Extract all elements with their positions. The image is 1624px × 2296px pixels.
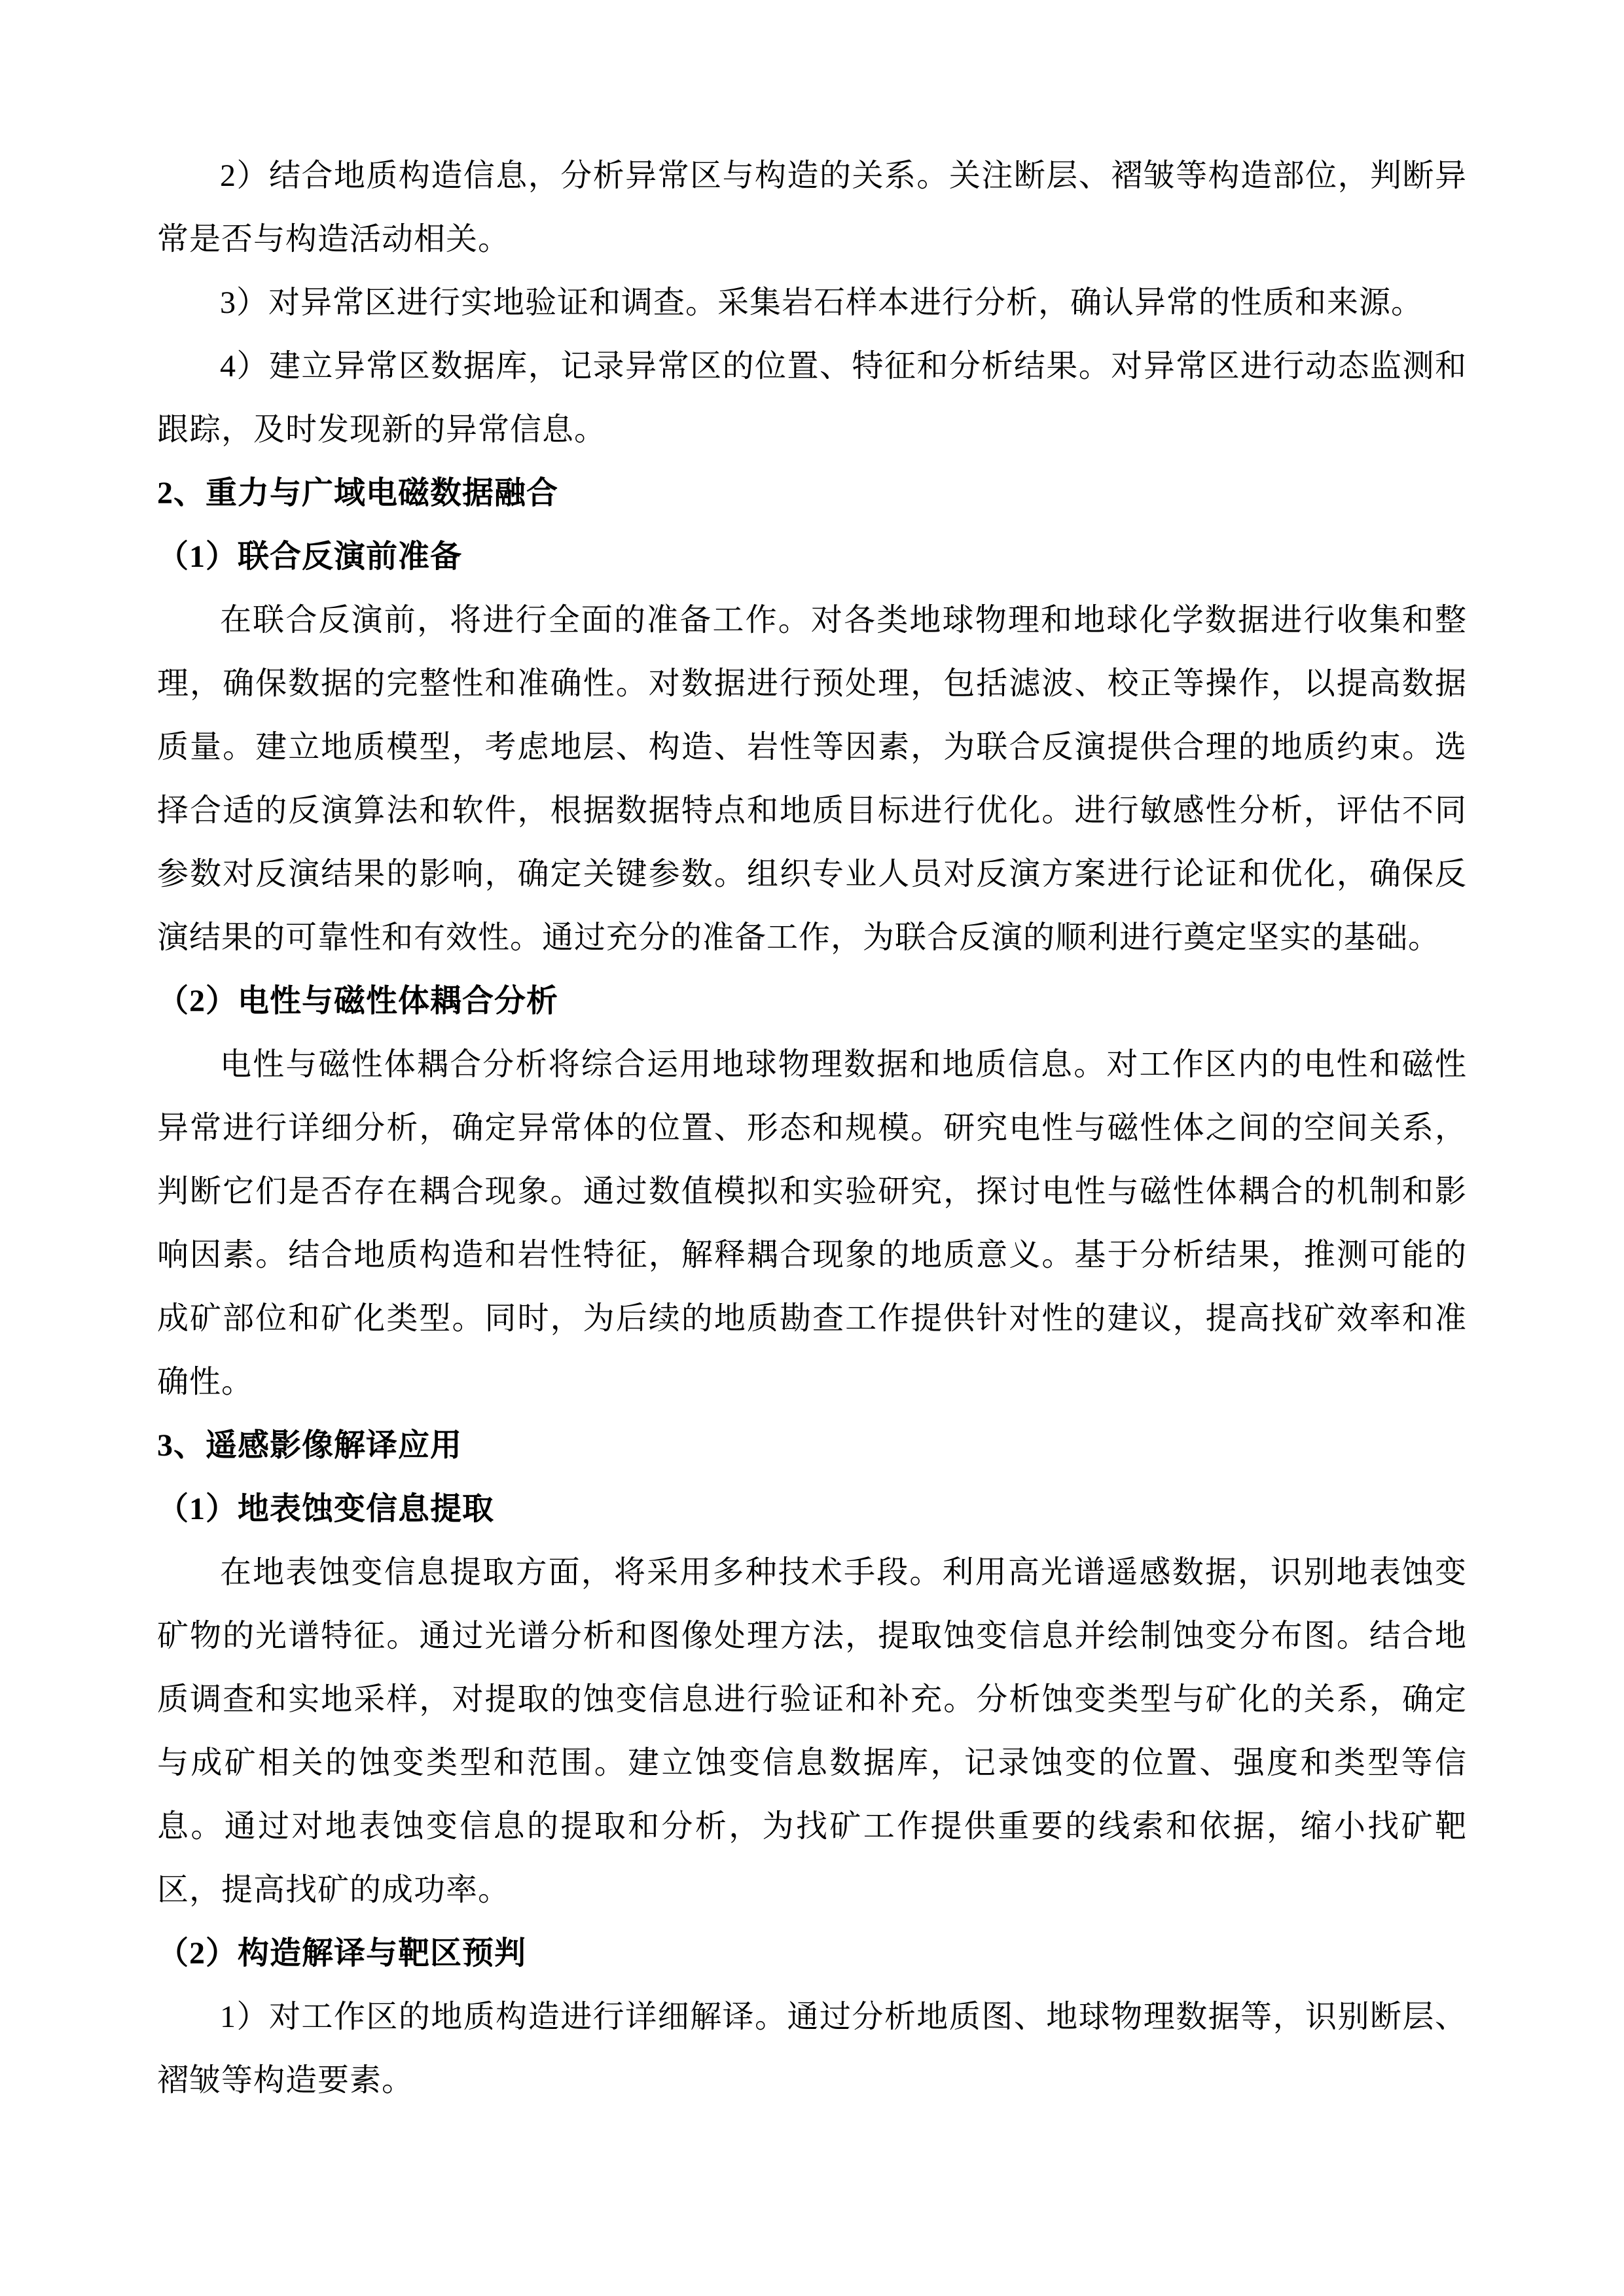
- subsection-heading: （2）电性与磁性体耦合分析: [157, 969, 1467, 1033]
- subsection-heading: （1）联合反演前准备: [157, 525, 1467, 588]
- paragraph: 4）建立异常区数据库，记录异常区的位置、特征和分析结果。对异常区进行动态监测和跟…: [157, 334, 1467, 461]
- text-body: 2）结合地质构造信息，分析异常区与构造的关系。关注断层、褶皱等构造部位，判断异常…: [157, 144, 1467, 2112]
- subsection-heading: （2）构造解译与靶区预判: [157, 1922, 1467, 1985]
- paragraph: 电性与磁性体耦合分析将综合运用地球物理数据和地质信息。对工作区内的电性和磁性异常…: [157, 1033, 1467, 1414]
- paragraph: 在地表蚀变信息提取方面，将采用多种技术手段。利用高光谱遥感数据，识别地表蚀变矿物…: [157, 1541, 1467, 1922]
- section-heading: 2、重力与广域电磁数据融合: [157, 461, 1467, 525]
- section-heading: 3、遥感影像解译应用: [157, 1414, 1467, 1477]
- document-page: 2）结合地质构造信息，分析异常区与构造的关系。关注断层、褶皱等构造部位，判断异常…: [0, 0, 1624, 2296]
- paragraph: 在联合反演前，将进行全面的准备工作。对各类地球物理和地球化学数据进行收集和整理，…: [157, 588, 1467, 969]
- subsection-heading: （1）地表蚀变信息提取: [157, 1477, 1467, 1541]
- paragraph: 2）结合地质构造信息，分析异常区与构造的关系。关注断层、褶皱等构造部位，判断异常…: [157, 144, 1467, 271]
- paragraph: 3）对异常区进行实地验证和调查。采集岩石样本进行分析，确认异常的性质和来源。: [157, 271, 1467, 334]
- paragraph: 1）对工作区的地质构造进行详细解译。通过分析地质图、地球物理数据等，识别断层、褶…: [157, 1985, 1467, 2112]
